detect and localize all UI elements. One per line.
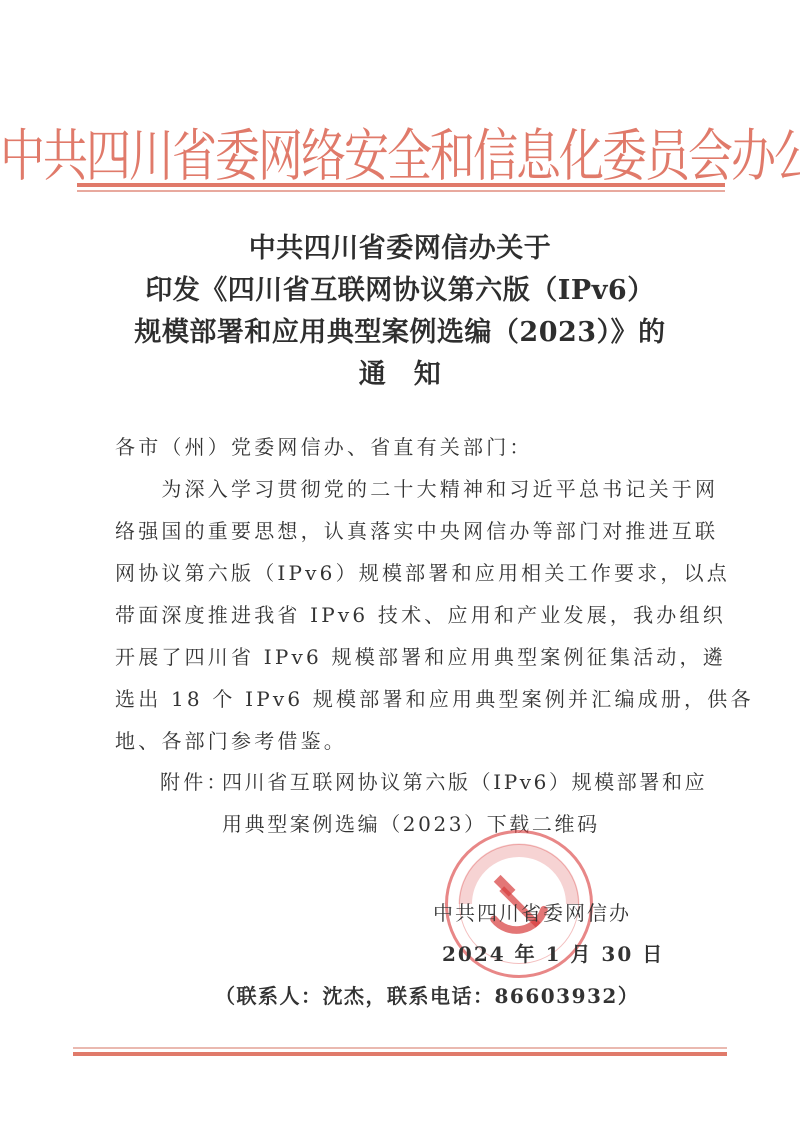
paragraph-line: 地、各部门参考借鉴。 bbox=[115, 725, 347, 754]
attachment-line: 四川省互联网协议第六版（IPv6）规模部署和应 bbox=[222, 766, 707, 795]
paragraph-line: 选出 18 个 IPv6 规模部署和应用典型案例并汇编成册，供各 bbox=[115, 683, 754, 712]
footer-rule-thick bbox=[73, 1052, 727, 1056]
issuer: 中共四川省委网信办 bbox=[433, 897, 631, 926]
footer-rule bbox=[73, 1047, 727, 1056]
issue-date: 2024 年 1 月 30 日 bbox=[442, 938, 664, 967]
letterhead-rule bbox=[77, 183, 725, 192]
letterhead-rule-thin bbox=[77, 190, 725, 192]
contact-info: （联系人：沈杰，联系电话：86603932） bbox=[215, 980, 639, 1009]
letterhead-org-name: 中共四川省委网络安全和信息化委员会办公室 bbox=[0, 110, 800, 191]
paragraph-line: 带面深度推进我省 IPv6 技术、应用和产业发展，我办组织 bbox=[115, 599, 726, 628]
title-line-2: 印发《四川省互联网协议第六版（IPv6） bbox=[0, 268, 800, 307]
paragraph-line: 网协议第六版（IPv6）规模部署和应用相关工作要求，以点 bbox=[115, 557, 730, 586]
attachment-label: 附件： bbox=[160, 766, 230, 795]
title-line-4: 通 知 bbox=[0, 352, 800, 391]
salutation: 各市（州）党委网信办、省直有关部门： bbox=[115, 431, 533, 460]
paragraph-line: 开展了四川省 IPv6 规模部署和应用典型案例征集活动，遴 bbox=[115, 641, 726, 670]
paragraph-line: 络强国的重要思想，认真落实中央网信办等部门对推进互联 bbox=[115, 515, 718, 544]
title-line-1: 中共四川省委网信办关于 bbox=[0, 226, 800, 265]
title-line-3: 规模部署和应用典型案例选编（2023）》的 bbox=[0, 310, 800, 349]
paragraph-line: 为深入学习贯彻党的二十大精神和习近平总书记关于网 bbox=[115, 473, 718, 502]
